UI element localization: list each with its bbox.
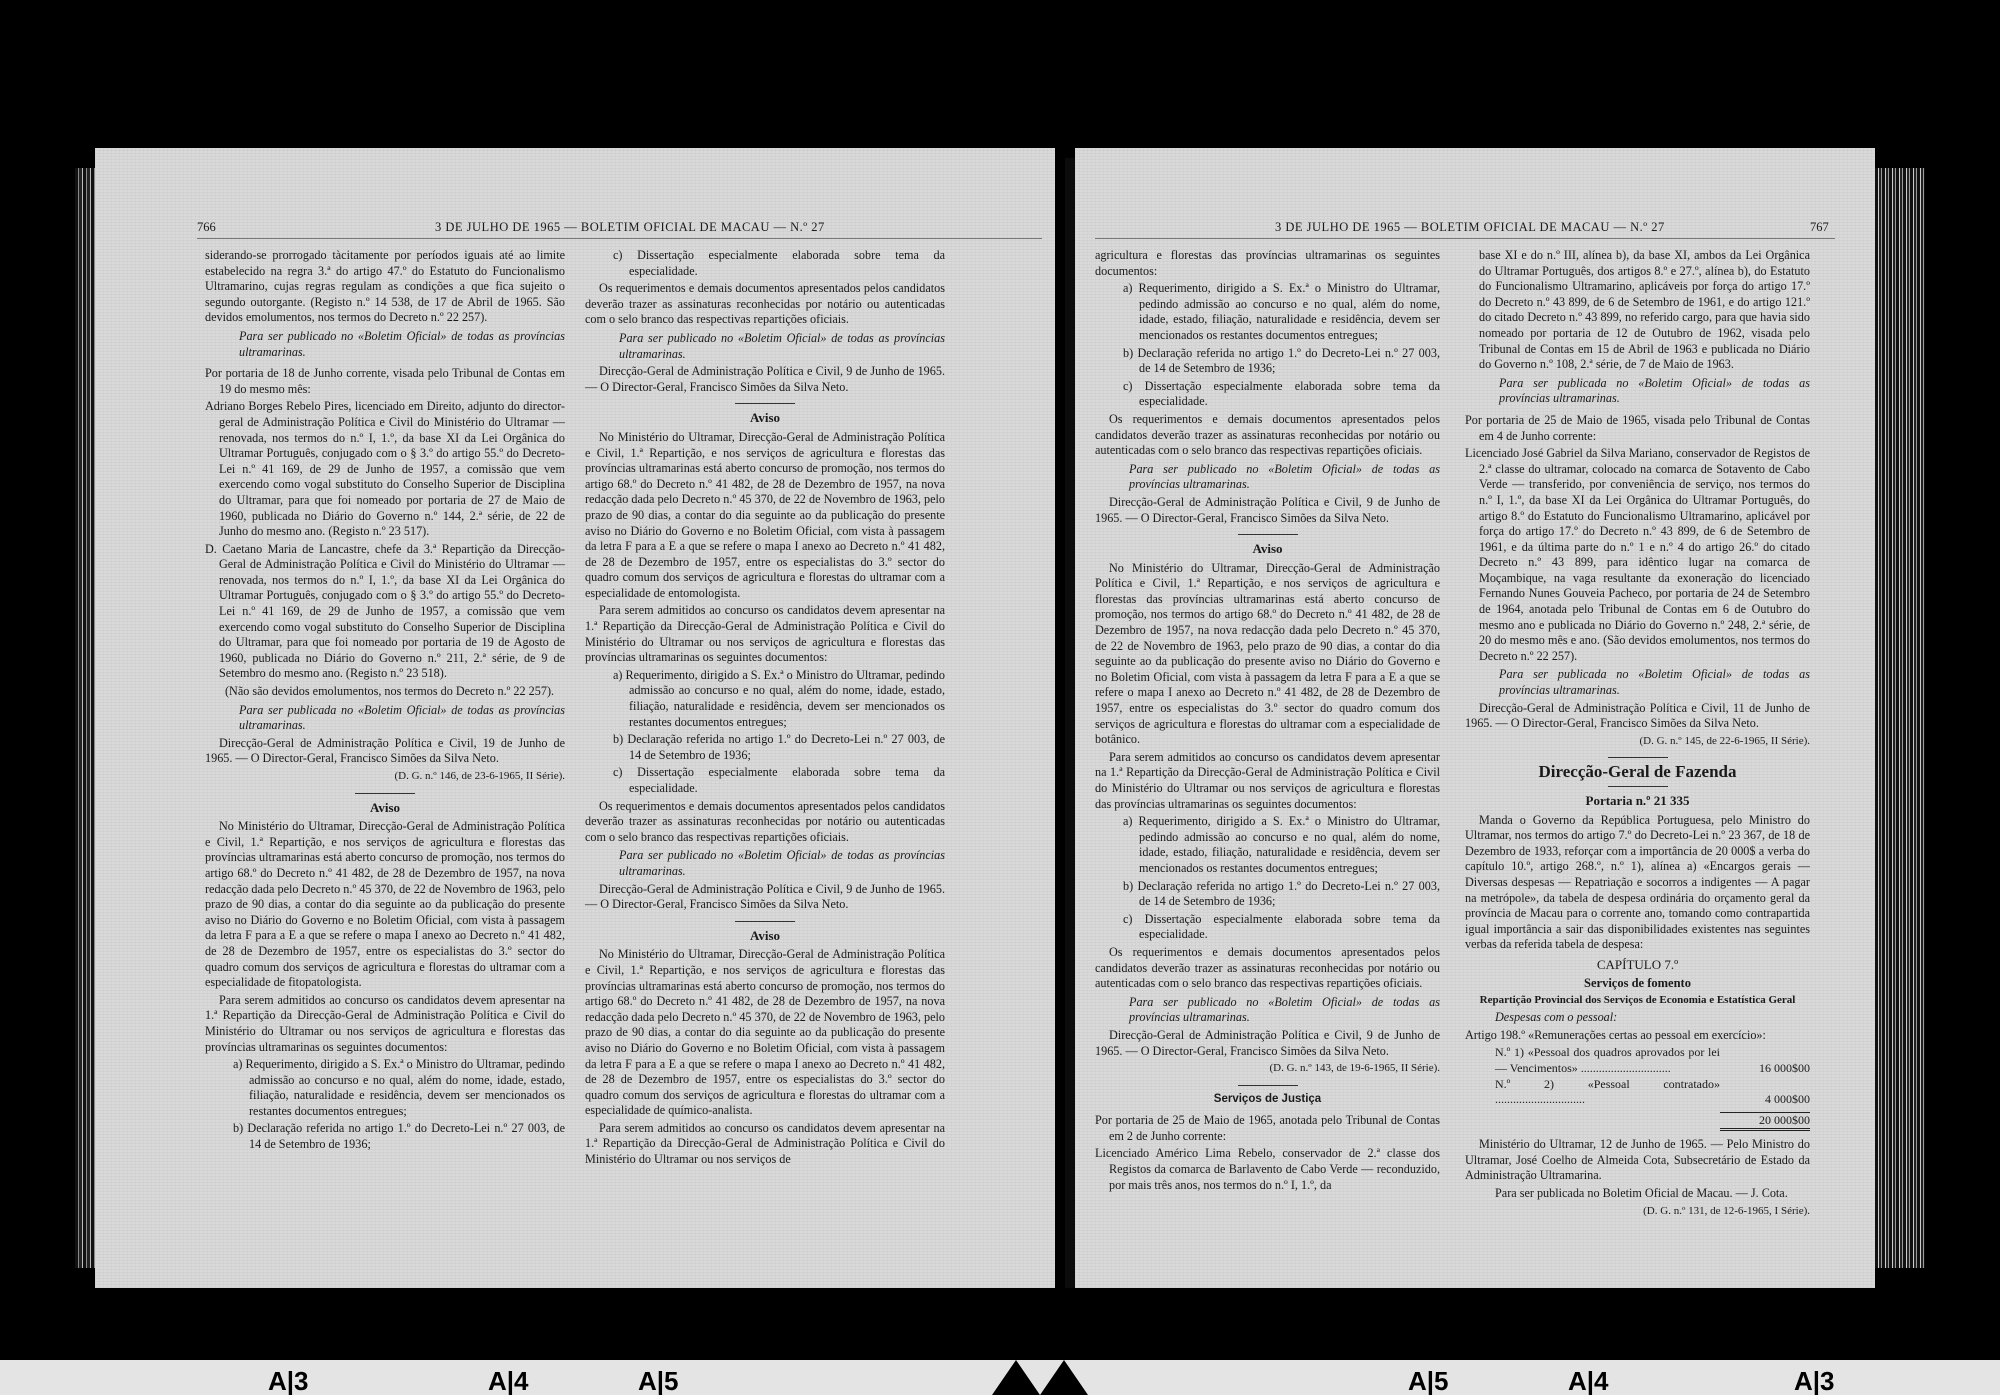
right-arrow-marker-icon <box>1040 1360 1088 1395</box>
left-column-1: siderando-se prorrogado tàcitamente por … <box>205 248 565 1155</box>
section-heading-aviso: Aviso <box>585 928 945 944</box>
signature-mark: A|4 <box>1568 1366 1609 1395</box>
table-total: 20 000$00 <box>1720 1112 1810 1132</box>
list-item: a) Requerimento, dirigido a S. Ex.ª o Mi… <box>205 1057 565 1119</box>
paragraph: (Não são devidos emolumentos, nos termos… <box>205 684 565 700</box>
right-column-2: base XI e do n.º III, alínea b), da base… <box>1465 248 1810 1225</box>
paragraph: agricultura e florestas das províncias u… <box>1095 248 1440 279</box>
section-heading-aviso: Aviso <box>1095 541 1440 557</box>
separator <box>1608 757 1668 758</box>
signature: Direcção-Geral de Administração Política… <box>585 882 945 913</box>
section-heading-justica: Serviços de Justiça <box>1095 1092 1440 1108</box>
publication-note: Para ser publicada no «Boletim Oficial» … <box>205 703 565 734</box>
publication-note: Para ser publicada no Boletim Oficial de… <box>1465 1186 1810 1202</box>
citation: (D. G. n.º 145, de 22-6-1965, II Série). <box>1465 734 1810 750</box>
chapter-heading: CAPÍTULO 7.º <box>1465 957 1810 973</box>
list-item: c) Dissertação especialmente elaborada s… <box>585 765 945 796</box>
paragraph: Por portaria de 25 de Maio de 1965, visa… <box>1465 413 1810 444</box>
section-heading-aviso: Aviso <box>585 410 945 426</box>
portaria-heading: Portaria n.º 21 335 <box>1465 793 1810 809</box>
publication-note: Para ser publicada no «Boletim Oficial» … <box>1465 667 1810 698</box>
list-item: b) Declaração referida no artigo 1.º do … <box>205 1121 565 1152</box>
list-item: c) Dissertação especialmente elaborada s… <box>1095 912 1440 943</box>
row-amount: 16 000$00 <box>1720 1045 1810 1076</box>
paragraph: siderando-se prorrogado tàcitamente por … <box>205 248 565 326</box>
paragraph: No Ministério do Ultramar, Direcção-Gera… <box>585 430 945 602</box>
paragraph: Por portaria de 25 de Maio de 1965, anot… <box>1095 1113 1440 1144</box>
signature-mark: A|5 <box>1408 1366 1449 1395</box>
subheading: Despesas com o pessoal: <box>1465 1010 1810 1026</box>
paragraph: Por portaria de 18 de Junho corrente, vi… <box>205 366 565 397</box>
signature: Direcção-Geral de Administração Política… <box>1095 1028 1440 1059</box>
separator <box>735 403 795 404</box>
paragraph: Para serem admitidos ao concurso os cand… <box>1095 750 1440 812</box>
paragraph: Para serem admitidos ao concurso os cand… <box>205 993 565 1055</box>
separator <box>1238 534 1298 535</box>
signature-mark: A|3 <box>1794 1366 1835 1395</box>
microfilm-signature-strip: A|3 A|4 A|5 A|5 A|4 A|3 <box>0 1360 2000 1395</box>
appointment-entry: Licenciado Américo Lima Rebelo, conserva… <box>1095 1146 1440 1193</box>
paragraph: Os requerimentos e demais documentos apr… <box>1095 412 1440 459</box>
paragraph: base XI e do n.º III, alínea b), da base… <box>1465 248 1810 373</box>
table-row: N.º 2) «Pessoal contratado» ............… <box>1465 1077 1810 1108</box>
appointment-entry: Adriano Borges Rebelo Pires, licenciado … <box>205 399 565 539</box>
signature-mark: A|4 <box>488 1366 529 1395</box>
citation: (D. G. n.º 131, de 12-6-1965, I Série). <box>1465 1204 1810 1220</box>
publication-note: Para ser publicada no «Boletim Oficial» … <box>1465 376 1810 407</box>
publication-note: Para ser publicado no «Boletim Oficial» … <box>585 848 945 879</box>
open-bulletin-book: 766 3 DE JULHO DE 1965 — BOLETIM OFICIAL… <box>75 148 1925 1288</box>
article-line: Artigo 198.º «Remunerações certas ao pes… <box>1465 1028 1810 1044</box>
row-amount: 4 000$00 <box>1720 1077 1810 1108</box>
paragraph: Os requerimentos e demais documentos apr… <box>585 799 945 846</box>
paragraph: Manda o Governo da República Portuguesa,… <box>1465 813 1810 953</box>
publication-note: Para ser publicado no «Boletim Oficial» … <box>585 331 945 362</box>
paragraph: Para serem admitidos ao concurso os cand… <box>585 603 945 665</box>
section-heading-aviso: Aviso <box>205 800 565 816</box>
section-heading-fazenda: Direcção-Geral de Fazenda <box>1465 764 1810 780</box>
header-rule <box>197 238 1042 239</box>
list-item: a) Requerimento, dirigido a S. Ex.ª o Mi… <box>1095 281 1440 343</box>
list-item: a) Requerimento, dirigido a S. Ex.ª o Mi… <box>585 668 945 730</box>
scan-background-top <box>0 0 2000 148</box>
paragraph: Os requerimentos e demais documentos apr… <box>1095 945 1440 992</box>
appointment-entry: D. Caetano Maria de Lancastre, chefe da … <box>205 542 565 682</box>
publication-note: Para ser publicado no «Boletim Oficial» … <box>205 329 565 360</box>
citation: (D. G. n.º 146, de 23-6-1965, II Série). <box>205 769 565 785</box>
page-767: 3 DE JULHO DE 1965 — BOLETIM OFICIAL DE … <box>1075 148 1875 1288</box>
department-heading: Repartição Provincial dos Serviços de Ec… <box>1465 994 1810 1007</box>
list-item: c) Dissertação especialmente elaborada s… <box>1095 379 1440 410</box>
page-number: 767 <box>1810 220 1829 235</box>
citation: (D. G. n.º 143, de 19-6-1965, II Série). <box>1095 1061 1440 1077</box>
subsection-heading: Serviços de fomento <box>1465 976 1810 992</box>
signature: Ministério do Ultramar, 12 de Junho de 1… <box>1465 1137 1810 1184</box>
page-766: 766 3 DE JULHO DE 1965 — BOLETIM OFICIAL… <box>95 148 1055 1288</box>
signature-mark: A|3 <box>268 1366 309 1395</box>
list-item: c) Dissertação especialmente elaborada s… <box>585 248 945 279</box>
signature: Direcção-Geral de Administração Política… <box>1465 701 1810 732</box>
signature: Direcção-Geral de Administração Política… <box>1095 495 1440 526</box>
signature: Direcção-Geral de Administração Política… <box>205 736 565 767</box>
list-item: b) Declaração referida no artigo 1.º do … <box>585 732 945 763</box>
list-item: a) Requerimento, dirigido a S. Ex.ª o Mi… <box>1095 814 1440 876</box>
paragraph: Os requerimentos e demais documentos apr… <box>585 281 945 328</box>
paragraph: No Ministério do Ultramar, Direcção-Gera… <box>205 819 565 991</box>
separator <box>735 921 795 922</box>
signature-mark: A|5 <box>638 1366 679 1395</box>
list-item: b) Declaração referida no artigo 1.º do … <box>1095 879 1440 910</box>
running-head: 3 DE JULHO DE 1965 — BOLETIM OFICIAL DE … <box>435 220 825 235</box>
left-column-2: c) Dissertação especialmente elaborada s… <box>585 248 945 1170</box>
paragraph: No Ministério do Ultramar, Direcção-Gera… <box>1095 561 1440 748</box>
table-row: N.º 1) «Pessoal dos quadros aprovados po… <box>1465 1045 1810 1076</box>
right-column-1: agricultura e florestas das províncias u… <box>1095 248 1440 1195</box>
signature: Direcção-Geral de Administração Política… <box>585 364 945 395</box>
publication-note: Para ser publicado no «Boletim Oficial» … <box>1095 462 1440 493</box>
header-rule <box>1095 238 1835 239</box>
page-number: 766 <box>197 220 216 235</box>
left-arrow-marker-icon <box>992 1360 1040 1395</box>
row-label: N.º 1) «Pessoal dos quadros aprovados po… <box>1465 1045 1720 1076</box>
appointment-entry: Licenciado José Gabriel da Silva Mariano… <box>1465 446 1810 664</box>
separator <box>1238 1085 1298 1086</box>
paragraph: No Ministério do Ultramar, Direcção-Gera… <box>585 947 945 1119</box>
list-item: b) Declaração referida no artigo 1.º do … <box>1095 346 1440 377</box>
paragraph: Para serem admitidos ao concurso os cand… <box>585 1121 945 1168</box>
running-head: 3 DE JULHO DE 1965 — BOLETIM OFICIAL DE … <box>1275 220 1665 235</box>
separator <box>1608 786 1668 787</box>
publication-note: Para ser publicado no «Boletim Oficial» … <box>1095 995 1440 1026</box>
expense-table: N.º 1) «Pessoal dos quadros aprovados po… <box>1465 1045 1810 1107</box>
separator <box>355 793 415 794</box>
row-label: N.º 2) «Pessoal contratado» ............… <box>1465 1077 1720 1108</box>
